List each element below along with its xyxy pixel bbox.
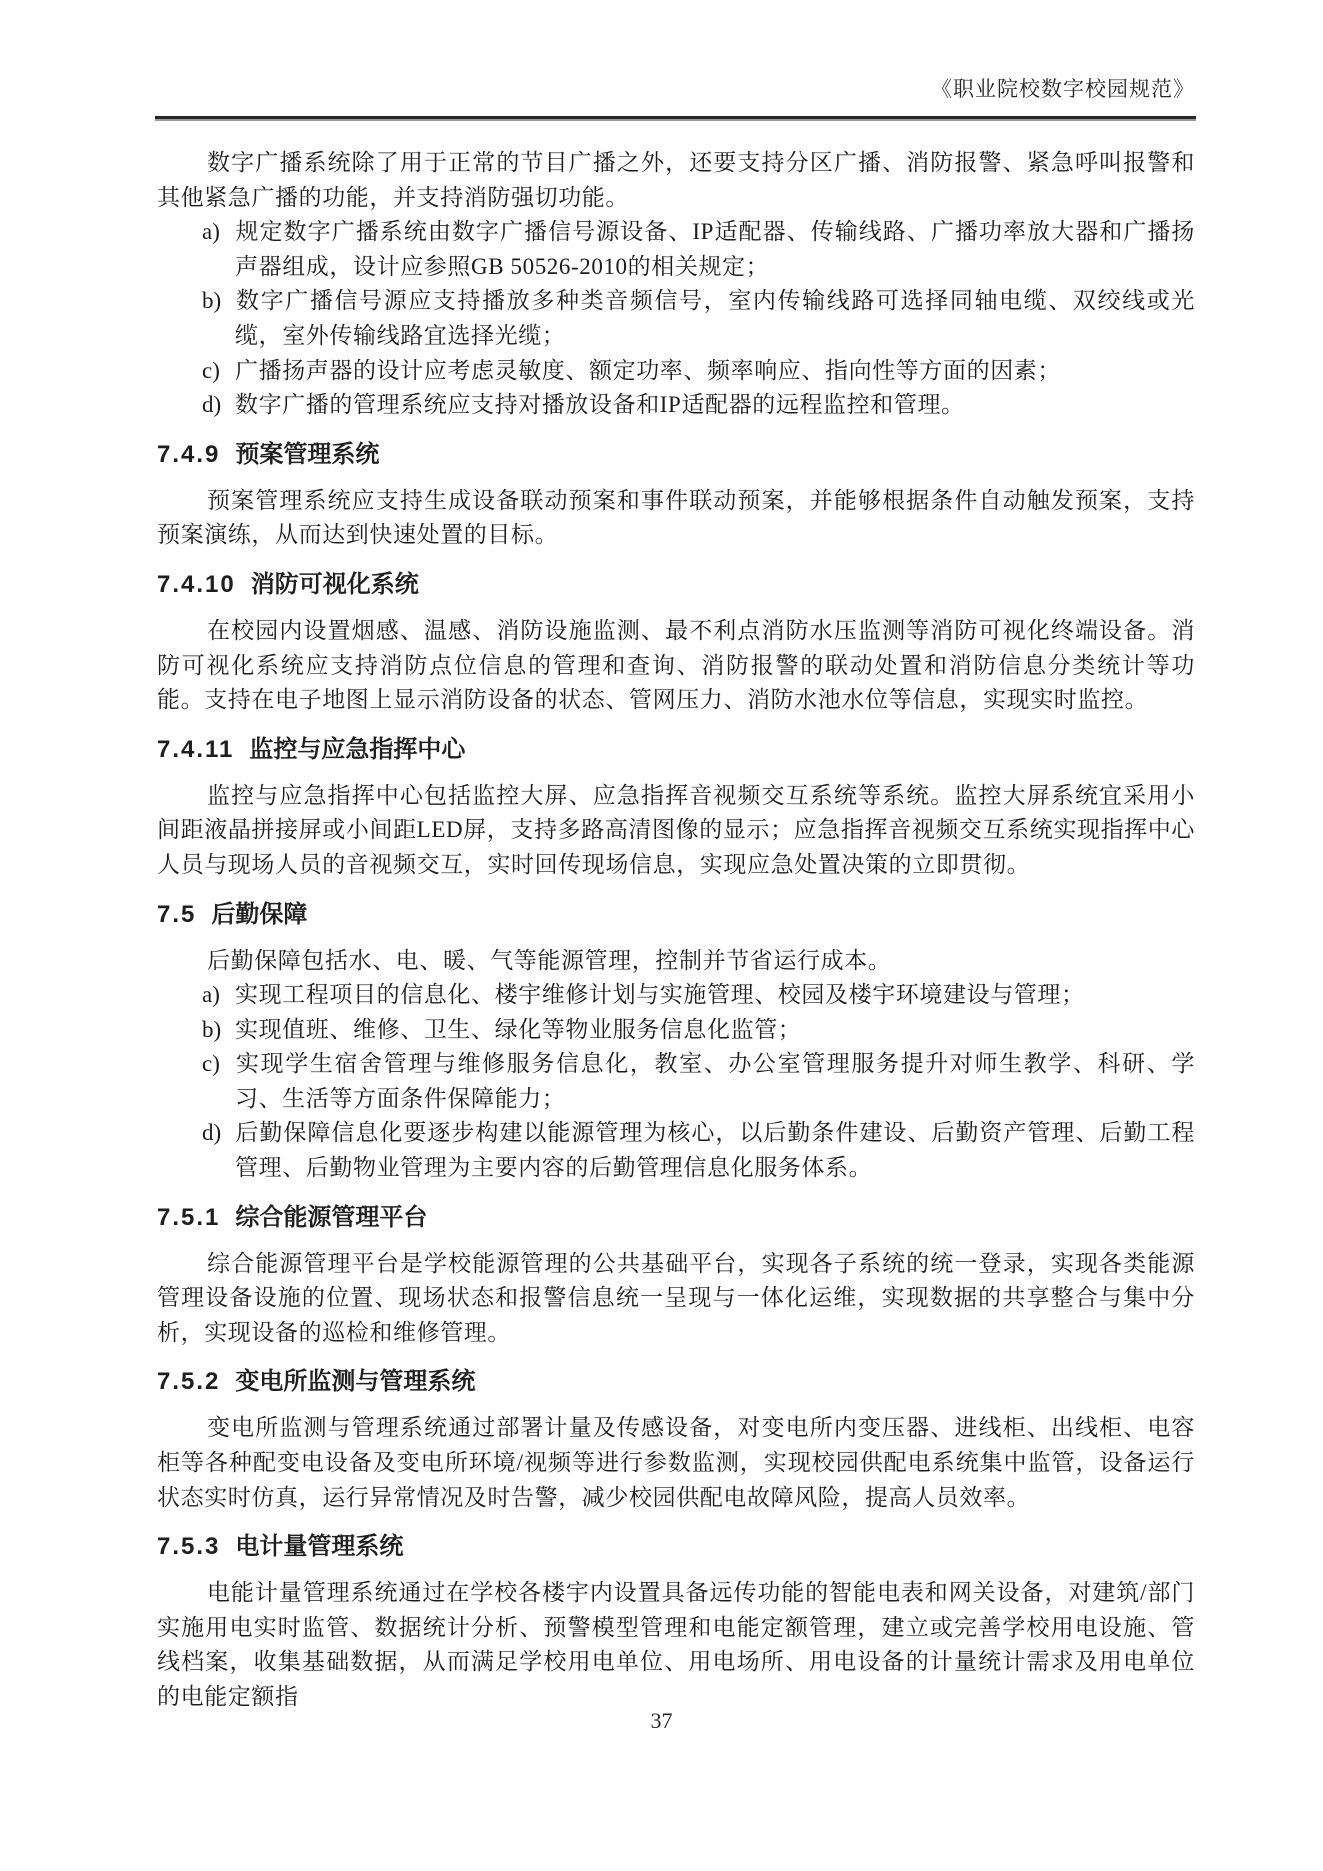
- list-item-label: d): [202, 388, 235, 423]
- heading-number: 7.4.10: [157, 571, 236, 598]
- section-list: a)实现工程项目的信息化、楼宇维修计划与实施管理、校园及楼宇环境建设与管理； b…: [157, 978, 1195, 1186]
- heading-number: 7.4.9: [157, 441, 220, 468]
- heading-title: 监控与应急指挥中心: [249, 736, 465, 763]
- heading-title: 电计量管理系统: [235, 1533, 403, 1560]
- header-rule: [155, 116, 1196, 119]
- list-item-label: a): [202, 978, 235, 1013]
- list-item-text: 实现学生宿舍管理与维修服务信息化，教室、办公室管理服务提升对师生教学、科研、学习…: [235, 1051, 1195, 1111]
- list-item: c)广播扬声器的设计应考虑灵敏度、额定功率、频率响应、指向性等方面的因素；: [235, 354, 1195, 389]
- paragraph: 数字广播系统除了用于正常的节目广播之外，还要支持分区广播、消防报警、紧急呼叫报警…: [157, 146, 1195, 215]
- list-item-text: 后勤保障信息化要逐步构建以能源管理为核心，以后勤条件建设、后勤资产管理、后勤工程…: [235, 1120, 1195, 1180]
- paragraph: 变电所监测与管理系统通过部署计量及传感设备，对变电所内变压器、进线柜、出线柜、电…: [157, 1411, 1195, 1515]
- heading-title: 变电所监测与管理系统: [235, 1368, 475, 1395]
- document-body: 数字广播系统除了用于正常的节目广播之外，还要支持分区广播、消防报警、紧急呼叫报警…: [157, 146, 1195, 1715]
- list-item-label: c): [202, 1047, 235, 1082]
- running-title: 《职业院校数字校园规范》: [931, 77, 1195, 101]
- page-footer: 37: [0, 1708, 1323, 1734]
- list-item-label: a): [202, 215, 235, 250]
- list-item-text: 广播扬声器的设计应考虑灵敏度、额定功率、频率响应、指向性等方面的因素；: [235, 358, 1061, 383]
- heading-title: 预案管理系统: [235, 441, 379, 468]
- list-item-label: c): [202, 354, 235, 389]
- section-heading: 7.5.2变电所监测与管理系统: [157, 1364, 1195, 1399]
- list-item-text: 数字广播的管理系统应支持对播放设备和IP适配器的远程监控和管理。: [235, 392, 965, 417]
- paragraph: 预案管理系统应支持生成设备联动预案和事件联动预案，并能够根据条件自动触发预案，支…: [157, 484, 1195, 553]
- heading-title: 综合能源管理平台: [235, 1204, 427, 1231]
- list-item: d)后勤保障信息化要逐步构建以能源管理为核心，以后勤条件建设、后勤资产管理、后勤…: [235, 1116, 1195, 1185]
- paragraph: 综合能源管理平台是学校能源管理的公共基础平台，实现各子系统的统一登录，实现各类能…: [157, 1247, 1195, 1351]
- paragraph: 监控与应急指挥中心包括监控大屏、应急指挥音视频交互系统等系统。监控大屏系统宜采用…: [157, 779, 1195, 883]
- section-heading: 7.5.3电计量管理系统: [157, 1529, 1195, 1564]
- page-number: 37: [651, 1708, 673, 1733]
- list-item-text: 实现工程项目的信息化、楼宇维修计划与实施管理、校园及楼宇环境建设与管理；: [235, 982, 1085, 1007]
- section-heading: 7.5后勤保障: [157, 897, 1195, 932]
- heading-number: 7.5.2: [157, 1368, 220, 1395]
- list-item: d)数字广播的管理系统应支持对播放设备和IP适配器的远程监控和管理。: [235, 388, 1195, 423]
- list-item-text: 数字广播信号源应支持播放多种类音频信号，室内传输线路可选择同轴电缆、双绞线或光缆…: [235, 288, 1195, 348]
- paragraph: 后勤保障包括水、电、暖、气等能源管理，控制并节省运行成本。: [157, 944, 1195, 979]
- paragraph: 电能计量管理系统通过在学校各楼宇内设置具备远传功能的智能电表和网关设备，对建筑/…: [157, 1576, 1195, 1714]
- section-heading: 7.4.11监控与应急指挥中心: [157, 732, 1195, 767]
- list-item: a)规定数字广播系统由数字广播信号源设备、IP适配器、传输线路、广播功率放大器和…: [235, 215, 1195, 284]
- list-item-label: b): [202, 284, 235, 319]
- section-heading: 7.5.1综合能源管理平台: [157, 1200, 1195, 1235]
- heading-title: 后勤保障: [211, 901, 307, 928]
- section-heading: 7.4.10消防可视化系统: [157, 567, 1195, 602]
- list-item-label: d): [202, 1116, 235, 1151]
- heading-title: 消防可视化系统: [251, 571, 419, 598]
- list-item: b)实现值班、维修、卫生、绿化等物业服务信息化监管；: [235, 1013, 1195, 1048]
- page-header: 《职业院校数字校园规范》: [157, 74, 1195, 104]
- list-item-text: 规定数字广播系统由数字广播信号源设备、IP适配器、传输线路、广播功率放大器和广播…: [235, 219, 1195, 279]
- list-item-text: 实现值班、维修、卫生、绿化等物业服务信息化监管；: [235, 1017, 801, 1042]
- list-item: a)实现工程项目的信息化、楼宇维修计划与实施管理、校园及楼宇环境建设与管理；: [235, 978, 1195, 1013]
- section-heading: 7.4.9预案管理系统: [157, 437, 1195, 472]
- heading-number: 7.4.11: [157, 736, 234, 763]
- paragraph: 在校园内设置烟感、温感、消防设施监测、最不利点消防水压监测等消防可视化终端设备。…: [157, 614, 1195, 718]
- section-list: a)规定数字广播系统由数字广播信号源设备、IP适配器、传输线路、广播功率放大器和…: [157, 215, 1195, 423]
- list-item-label: b): [202, 1013, 235, 1048]
- list-item: c)实现学生宿舍管理与维修服务信息化，教室、办公室管理服务提升对师生教学、科研、…: [235, 1047, 1195, 1116]
- list-item: b)数字广播信号源应支持播放多种类音频信号，室内传输线路可选择同轴电缆、双绞线或…: [235, 284, 1195, 353]
- heading-number: 7.5.3: [157, 1533, 220, 1560]
- heading-number: 7.5.1: [157, 1204, 220, 1231]
- heading-number: 7.5: [157, 901, 196, 928]
